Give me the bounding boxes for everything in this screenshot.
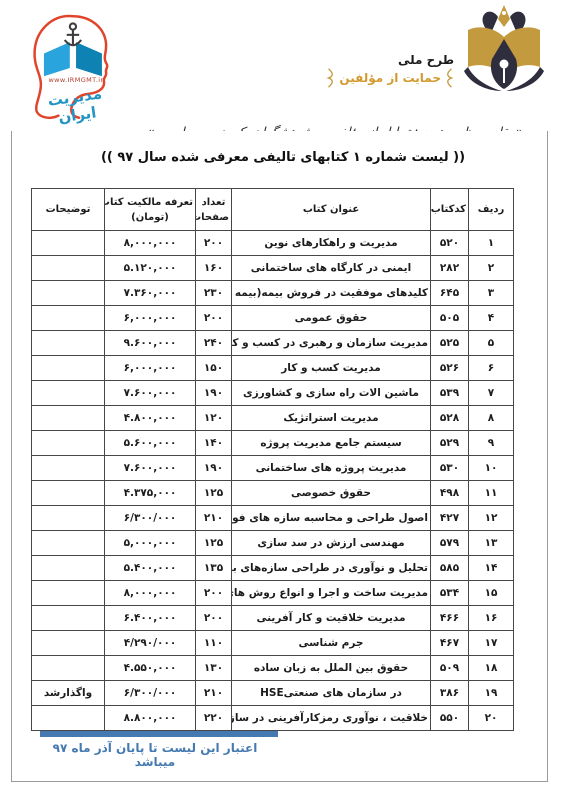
cell-title: مدیریت کسب و کار [232, 356, 431, 381]
table-row: ۶ ۵۲۶ مدیریت کسب و کار ۱۵۰ ۶,۰۰۰,۰۰۰ [32, 356, 514, 381]
cell-radif: ۱۶ [469, 606, 514, 631]
table-row: ۷ ۵۳۹ ماشین الات راه سازی و کشاورزی ۱۹۰ … [32, 381, 514, 406]
cell-title: مدیریت پروژه های ساختمانی [232, 456, 431, 481]
cell-radif: ۴ [469, 306, 514, 331]
cell-title: حقوق بین الملل به زبان ساده [232, 656, 431, 681]
cell-price: ۵.۱۲۰,۰۰۰ [105, 256, 196, 281]
cell-code: ۵۳۰ [431, 456, 469, 481]
cell-note [32, 256, 105, 281]
cell-price: ۶/۳۰۰/۰۰۰ [105, 506, 196, 531]
col-header-title: عنوان کتاب [232, 189, 431, 231]
book-pen-icon [456, 2, 552, 116]
cell-pages: ۲۰۰ [196, 306, 232, 331]
cell-price: ۹.۶۰۰,۰۰۰ [105, 331, 196, 356]
validity-note: اعتبار این لیست تا پایان آذر ماه ۹۷ میبا… [50, 741, 260, 769]
cell-note [32, 431, 105, 456]
cell-note: واگذارشد [32, 681, 105, 706]
cell-code: ۵۰۹ [431, 656, 469, 681]
table-row: ۱۳ ۵۷۹ مهندسی ارزش در سد سازی ۱۲۵ ۵,۰۰۰,… [32, 531, 514, 556]
cell-title: جرم شناسی [232, 631, 431, 656]
cell-note [32, 331, 105, 356]
cell-price: ۶,۰۰۰,۰۰۰ [105, 306, 196, 331]
cell-radif: ۱۵ [469, 581, 514, 606]
cell-pages: ۲۱۰ [196, 506, 232, 531]
cell-note [32, 406, 105, 431]
cell-price: ۷.۶۰۰,۰۰۰ [105, 456, 196, 481]
cell-note [32, 556, 105, 581]
table-row: ۱۶ ۴۶۶ مدیریت خلاقیت و کار آفرینی ۲۰۰ ۶.… [32, 606, 514, 631]
col-header-price-line2: (تومان) [107, 210, 193, 225]
cell-title: سیستم جامع مدیریت پروژه [232, 431, 431, 456]
cell-radif: ۱ [469, 231, 514, 256]
cell-code: ۵۲۸ [431, 406, 469, 431]
cell-price: ۴.۵۵۰,۰۰۰ [105, 656, 196, 681]
cell-title: مدیریت ساخت و اجرا و انواع روش های اجرای… [232, 581, 431, 606]
col-header-price: تعرفه مالکیت کتاب (تومان) [105, 189, 196, 231]
col-header-pages-line2: صفحات [198, 210, 229, 225]
table-row: ۱۰ ۵۳۰ مدیریت پروژه های ساختمانی ۱۹۰ ۷.۶… [32, 456, 514, 481]
cell-code: ۵۸۵ [431, 556, 469, 581]
table-row: ۹ ۵۲۹ سیستم جامع مدیریت پروژه ۱۴۰ ۵.۶۰۰,… [32, 431, 514, 456]
plan-subtitle: حمایت از مؤلفین [326, 67, 454, 89]
cell-code: ۳۸۶ [431, 681, 469, 706]
cell-pages: ۱۲۰ [196, 406, 232, 431]
table-row: ۳ ۶۴۵ کلیدهای موفقیت در فروش بیمه(بیمه ع… [32, 281, 514, 306]
cell-note [32, 306, 105, 331]
cell-note [32, 656, 105, 681]
cell-price: ۴.۳۷۵,۰۰۰ [105, 481, 196, 506]
page-title: (( لیست شماره ۱ کتابهای تالیفی معرفی شده… [30, 150, 536, 165]
table-row: ۱۸ ۵۰۹ حقوق بین الملل به زبان ساده ۱۳۰ ۴… [32, 656, 514, 681]
cell-title: اصول طراحی و محاسبه سازه های فولادی [232, 506, 431, 531]
cell-price: ۴.۸۰۰,۰۰۰ [105, 406, 196, 431]
cell-code: ۵۷۹ [431, 531, 469, 556]
col-header-pages-line1: تعداد [198, 195, 229, 210]
cell-price: ۸,۰۰۰,۰۰۰ [105, 581, 196, 606]
table-row: ۵ ۵۲۵ مدیریت سازمان و رهبری در کسب و کار… [32, 331, 514, 356]
books-table: ردیف کدکتاب عنوان کتاب تعداد صفحات تعرفه… [31, 188, 514, 731]
cell-title: مدیریت خلاقیت و کار آفرینی [232, 606, 431, 631]
cell-pages: ۱۱۰ [196, 631, 232, 656]
plan-title: طرح ملی [326, 53, 454, 67]
table-header-row: ردیف کدکتاب عنوان کتاب تعداد صفحات تعرفه… [32, 189, 514, 231]
cell-pages: ۲۰۰ [196, 581, 232, 606]
anchor-icon [65, 23, 82, 45]
national-plan-logo [456, 2, 552, 116]
cell-note [32, 606, 105, 631]
cell-radif: ۷ [469, 381, 514, 406]
cell-pages: ۱۲۵ [196, 481, 232, 506]
col-header-code: کدکتاب [431, 189, 469, 231]
cell-radif: ۱۰ [469, 456, 514, 481]
accent-bar [40, 731, 278, 737]
cell-code: ۵۳۴ [431, 581, 469, 606]
table-row: ۲ ۲۸۲ ایمنی در کارگاه های ساختمانی ۱۶۰ ۵… [32, 256, 514, 281]
cell-radif: ۳ [469, 281, 514, 306]
cell-title: مدیریت سازمان و رهبری در کسب و کار [232, 331, 431, 356]
cell-title: حقوق عمومی [232, 306, 431, 331]
cell-code: ۵۲۹ [431, 431, 469, 456]
col-header-price-line1: تعرفه مالکیت کتاب [107, 195, 193, 210]
cell-pages: ۱۶۰ [196, 256, 232, 281]
cell-note [32, 281, 105, 306]
cell-title: ماشین الات راه سازی و کشاورزی [232, 381, 431, 406]
cell-note [32, 706, 105, 731]
cell-code: ۶۴۵ [431, 281, 469, 306]
table-row: ۱۲ ۴۲۷ اصول طراحی و محاسبه سازه های فولا… [32, 506, 514, 531]
cell-code: ۴۶۷ [431, 631, 469, 656]
cell-price: ۷.۶۰۰,۰۰۰ [105, 381, 196, 406]
cell-note [32, 381, 105, 406]
scanned-book-list-page: www.IRMGMT.ir مدیریت ایران طرح ملی حمایت… [0, 0, 566, 800]
cell-pages: ۲۴۰ [196, 331, 232, 356]
cell-note [32, 481, 105, 506]
cell-price: ۶,۰۰۰,۰۰۰ [105, 356, 196, 381]
cell-code: ۲۸۲ [431, 256, 469, 281]
table-row: ۸ ۵۲۸ مدیریت استراتژیک ۱۲۰ ۴.۸۰۰,۰۰۰ [32, 406, 514, 431]
cell-code: ۴۶۶ [431, 606, 469, 631]
cell-radif: ۵ [469, 331, 514, 356]
cell-note [32, 631, 105, 656]
management-iran-logo: www.IRMGMT.ir مدیریت ایران [12, 10, 138, 126]
cell-price: ۶.۴۰۰,۰۰۰ [105, 606, 196, 631]
cell-price: ۵.۶۰۰,۰۰۰ [105, 431, 196, 456]
ornament-icon [444, 67, 454, 89]
cell-title: ایمنی در کارگاه های ساختمانی [232, 256, 431, 281]
col-header-radif: ردیف [469, 189, 514, 231]
cell-pages: ۲۳۰ [196, 281, 232, 306]
plan-subtitle-label: حمایت از مؤلفین [339, 71, 441, 85]
cell-note [32, 581, 105, 606]
cell-pages: ۱۴۰ [196, 431, 232, 456]
table-row: ۱۱ ۴۹۸ حقوق خصوصی ۱۲۵ ۴.۳۷۵,۰۰۰ [32, 481, 514, 506]
col-header-pages: تعداد صفحات [196, 189, 232, 231]
cell-title: مدیریت و راهکارهای نوین [232, 231, 431, 256]
table-row: ۱۷ ۴۶۷ جرم شناسی ۱۱۰ ۴/۲۹۰/۰۰۰ [32, 631, 514, 656]
cell-price: ۴/۲۹۰/۰۰۰ [105, 631, 196, 656]
cell-radif: ۸ [469, 406, 514, 431]
cell-note [32, 356, 105, 381]
col-header-notes: توضیحات [32, 189, 105, 231]
cell-radif: ۱۷ [469, 631, 514, 656]
cell-pages: ۲۰۰ [196, 231, 232, 256]
cell-radif: ۲ [469, 256, 514, 281]
cell-code: ۵۲۶ [431, 356, 469, 381]
cell-pages: ۱۹۰ [196, 456, 232, 481]
ornament-icon [326, 67, 336, 89]
cell-code: ۴۹۸ [431, 481, 469, 506]
cell-price: ۶/۳۰۰/۰۰۰ [105, 681, 196, 706]
open-book-icon [44, 42, 102, 76]
cell-note [32, 231, 105, 256]
cell-radif: ۲۰ [469, 706, 514, 731]
cell-radif: ۱۱ [469, 481, 514, 506]
cell-title: کلیدهای موفقیت در فروش بیمه(بیمه عمر) [232, 281, 431, 306]
cell-radif: ۱۸ [469, 656, 514, 681]
cell-title: حقوق خصوصی [232, 481, 431, 506]
cell-code: ۵۵۰ [431, 706, 469, 731]
cell-code: ۴۲۷ [431, 506, 469, 531]
cell-code: ۵۳۹ [431, 381, 469, 406]
book-table-body: ۱ ۵۲۰ مدیریت و راهکارهای نوین ۲۰۰ ۸,۰۰۰,… [32, 231, 514, 731]
table-row: ۱ ۵۲۰ مدیریت و راهکارهای نوین ۲۰۰ ۸,۰۰۰,… [32, 231, 514, 256]
table-row: ۱۴ ۵۸۵ تحلیل و نوآوری در طراحی سازه‌های … [32, 556, 514, 581]
cell-title: مدیریت استراتژیک [232, 406, 431, 431]
cell-radif: ۱۲ [469, 506, 514, 531]
cell-price: ۸,۰۰۰,۰۰۰ [105, 231, 196, 256]
cell-note [32, 506, 105, 531]
table-row: ۴ ۵۰۵ حقوق عمومی ۲۰۰ ۶,۰۰۰,۰۰۰ [32, 306, 514, 331]
cell-pages: ۱۳۰ [196, 656, 232, 681]
cell-radif: ۱۳ [469, 531, 514, 556]
cell-pages: ۲۱۰ [196, 681, 232, 706]
table-row: ۱۵ ۵۳۴ مدیریت ساخت و اجرا و انواع روش ها… [32, 581, 514, 606]
cell-radif: ۹ [469, 431, 514, 456]
cell-radif: ۱۴ [469, 556, 514, 581]
cell-title: مهندسی ارزش در سد سازی [232, 531, 431, 556]
cell-radif: ۶ [469, 356, 514, 381]
cell-price: ۵,۰۰۰,۰۰۰ [105, 531, 196, 556]
plan-text-block: طرح ملی حمایت از مؤلفین [326, 53, 454, 89]
cell-price: ۵.۴۰۰,۰۰۰ [105, 556, 196, 581]
cell-title: خلاقیت ، نوآوری رمزکارآفرینی در سازمان [232, 706, 431, 731]
cell-pages: ۲۰۰ [196, 606, 232, 631]
cell-radif: ۱۹ [469, 681, 514, 706]
table-row: ۲۰ ۵۵۰ خلاقیت ، نوآوری رمزکارآفرینی در س… [32, 706, 514, 731]
cell-price: ۸.۸۰۰,۰۰۰ [105, 706, 196, 731]
cell-code: ۵۰۵ [431, 306, 469, 331]
cell-pages: ۱۵۰ [196, 356, 232, 381]
cell-pages: ۱۲۵ [196, 531, 232, 556]
cell-pages: ۱۹۰ [196, 381, 232, 406]
cell-title: ‪HSEدر سازمان های صنعتی‬ [232, 681, 431, 706]
cell-pages: ۲۲۰ [196, 706, 232, 731]
cell-code: ۵۲۵ [431, 331, 469, 356]
cell-note [32, 531, 105, 556]
cell-price: ۷.۳۶۰,۰۰۰ [105, 281, 196, 306]
cell-note [32, 456, 105, 481]
cell-pages: ۱۳۵ [196, 556, 232, 581]
cell-title: تحلیل و نوآوری در طراحی سازه‌های بتنی و … [232, 556, 431, 581]
cell-code: ۵۲۰ [431, 231, 469, 256]
table-row: ۱۹ ۳۸۶ ‪HSEدر سازمان های صنعتی‬ ۲۱۰ ۶/۳۰… [32, 681, 514, 706]
